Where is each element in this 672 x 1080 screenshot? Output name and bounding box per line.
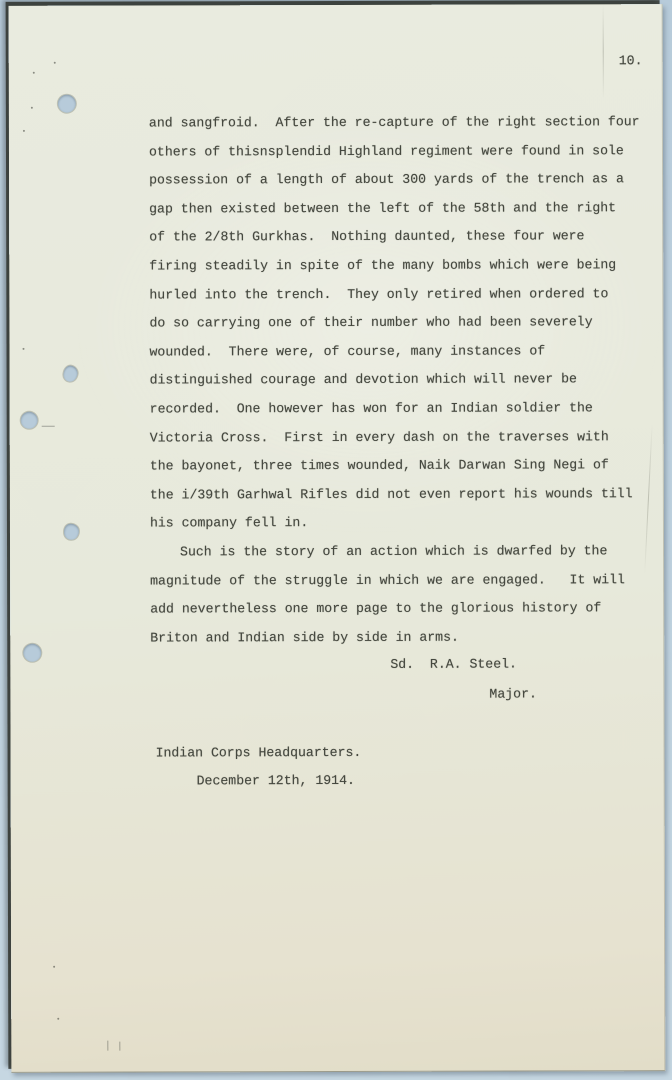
typed-line: his company fell in. <box>150 508 655 538</box>
typed-line: firing steadily in spite of the many bom… <box>149 251 654 281</box>
pencil-mark <box>107 1041 108 1051</box>
signature-rank: Major. <box>489 686 609 701</box>
pencil-mark <box>42 426 55 427</box>
paper-crease <box>603 4 604 99</box>
punch-hole <box>21 412 38 429</box>
typed-line: add nevertheless one more page to the gl… <box>150 594 655 624</box>
typed-line: gap then existed between the left of the… <box>149 194 654 224</box>
typed-line: Victoria Cross. First in every dash on t… <box>150 423 655 453</box>
speck <box>22 348 24 350</box>
speck <box>57 1018 59 1020</box>
body-text: and sangfroid. After the re-capture of t… <box>149 108 655 653</box>
signature-line: Sd. R.A. Steel. <box>390 656 610 672</box>
punch-hole <box>23 644 41 662</box>
typed-line: of the 2/8th Gurkhas. Nothing daunted, t… <box>149 223 654 253</box>
page-number: 10. <box>619 53 643 68</box>
speck <box>54 62 56 64</box>
typed-line: magnitude of the struggle in which we ar… <box>150 566 655 596</box>
typed-line: Such is the story of an action which is … <box>150 537 655 567</box>
typed-line: recorded. One however has won for an Ind… <box>150 394 655 424</box>
typed-line: hurled into the trench. They only retire… <box>149 280 654 310</box>
speck <box>31 107 33 109</box>
footer-headquarters: Indian Corps Headquarters. <box>156 745 476 761</box>
typed-line: do so carrying one of their number who h… <box>149 308 654 338</box>
punch-hole <box>63 523 80 541</box>
typed-line: the i/39th Garhwal Rifles did not even r… <box>150 480 655 510</box>
pencil-mark <box>119 1042 120 1051</box>
typed-line: and sangfroid. After the re-capture of t… <box>149 108 654 138</box>
speck <box>53 966 55 968</box>
punch-hole <box>63 365 79 383</box>
document-page: 10. and sangfroid. After the re-capture … <box>9 4 666 1073</box>
footer-date: December 12th, 1914. <box>197 773 497 789</box>
typed-line: the bayonet, three times wounded, Naik D… <box>150 451 655 481</box>
speck <box>23 130 25 132</box>
typed-line: distinguished courage and devotion which… <box>150 366 655 396</box>
typed-line: possession of a length of about 300 yard… <box>149 165 654 195</box>
speck <box>33 72 35 74</box>
typed-line: Briton and Indian side by side in arms. <box>150 623 655 653</box>
typed-line: others of thisnsplendid Highland regimen… <box>149 137 654 167</box>
punch-hole <box>58 95 76 113</box>
scan-background: 10. and sangfroid. After the re-capture … <box>0 0 672 1080</box>
typed-line: wounded. There were, of course, many ins… <box>149 337 654 367</box>
